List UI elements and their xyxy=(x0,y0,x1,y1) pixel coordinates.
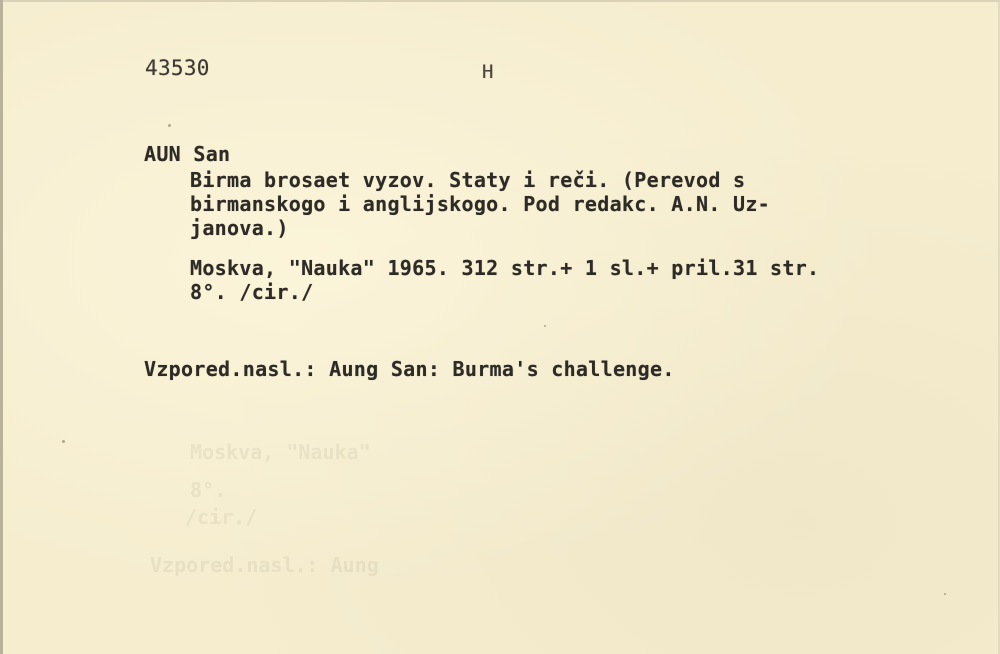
author-heading: AUN San xyxy=(144,142,230,166)
ink-speck xyxy=(168,124,171,127)
title-line: janova.) xyxy=(190,216,289,240)
parallel-title: Vzpored.nasl.: Aung San: Burma's challen… xyxy=(144,357,675,381)
title-line: Birma brosaet vyzov. Staty i reči. (Pere… xyxy=(190,168,745,192)
ink-speck xyxy=(544,325,546,327)
show-through-text: Moskva, "Nauka" xyxy=(190,440,371,464)
imprint-line: Moskva, "Nauka" 1965. 312 str.+ 1 sl.+ p… xyxy=(190,256,819,280)
catalog-card: Moskva, "Nauka" 8°. /cir./ Vzpored.nasl.… xyxy=(0,0,1000,654)
title-line: birmanskogo i anglijskogo. Pod redakc. A… xyxy=(190,192,770,216)
show-through-text: 8°. xyxy=(190,478,226,502)
show-through-text: Vzpored.nasl.: Aung xyxy=(150,553,379,577)
imprint-line: 8°. /cir./ xyxy=(190,280,313,304)
ink-speck xyxy=(944,593,946,595)
ink-speck xyxy=(62,440,65,443)
call-number: 43530 xyxy=(145,56,210,80)
show-through-text: /cir./ xyxy=(185,505,257,529)
location-mark: H xyxy=(482,60,494,84)
